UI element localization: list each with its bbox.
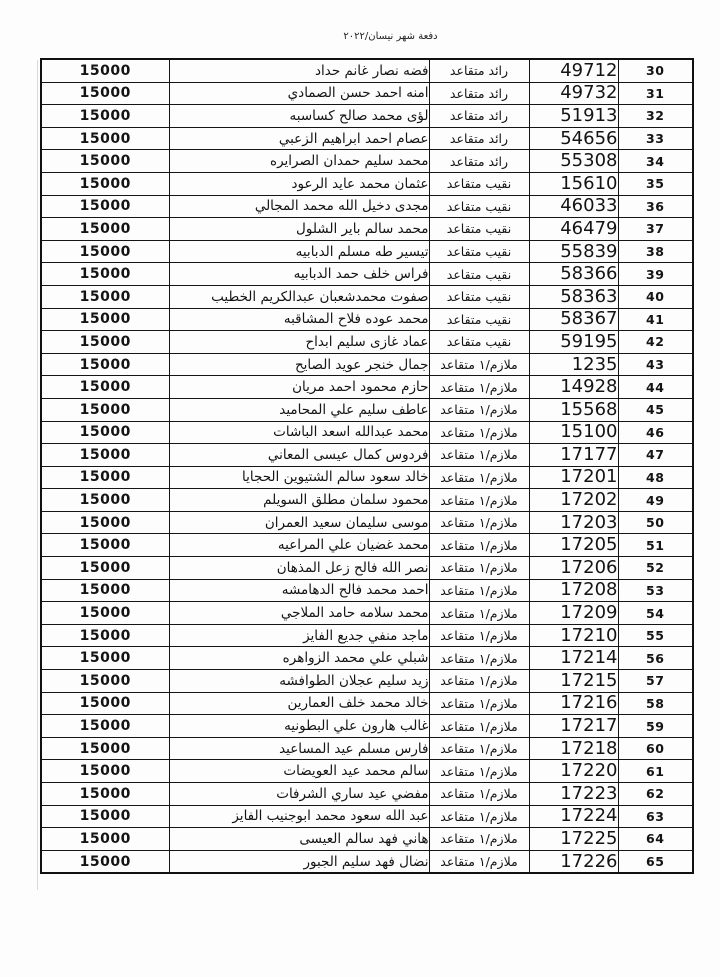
pension-number-cell: 17214 <box>529 647 618 670</box>
row-number-cell: 47 <box>618 444 693 467</box>
amount-cell: 15000 <box>41 82 169 105</box>
rank-cell: ملازم/١ متقاعد <box>429 760 529 783</box>
name-cell: هاني فهد سالم العيسى <box>169 828 429 851</box>
amount-cell: 15000 <box>41 670 169 693</box>
pension-number-cell: 15100 <box>529 421 618 444</box>
rank-cell: نقيب متقاعد <box>429 285 529 308</box>
table-body: 30 49712 رائد متقاعد فضه نصار غانم حداد … <box>41 59 693 873</box>
rank-cell: رائد متقاعد <box>429 105 529 128</box>
row-number-cell: 35 <box>618 172 693 195</box>
amount-cell: 15000 <box>41 195 169 218</box>
table-row: 30 49712 رائد متقاعد فضه نصار غانم حداد … <box>41 59 693 82</box>
rank-cell: نقيب متقاعد <box>429 195 529 218</box>
pension-number-cell: 17203 <box>529 511 618 534</box>
table-row: 36 46033 نقيب متقاعد مجدى دخيل الله محمد… <box>41 195 693 218</box>
table-row: 53 17208 ملازم/١ متقاعد احمد محمد فالح ا… <box>41 579 693 602</box>
table-row: 43 1235 ملازم/١ متقاعد جمال خنجر عويد ال… <box>41 353 693 376</box>
rank-cell: نقيب متقاعد <box>429 263 529 286</box>
pension-number-cell: 17224 <box>529 805 618 828</box>
row-number-cell: 62 <box>618 783 693 806</box>
pension-number-cell: 17210 <box>529 624 618 647</box>
pension-number-cell: 17216 <box>529 692 618 715</box>
amount-cell: 15000 <box>41 511 169 534</box>
rank-cell: ملازم/١ متقاعد <box>429 421 529 444</box>
rank-cell: ملازم/١ متقاعد <box>429 398 529 421</box>
pension-number-cell: 17215 <box>529 670 618 693</box>
amount-cell: 15000 <box>41 602 169 625</box>
rank-cell: ملازم/١ متقاعد <box>429 670 529 693</box>
name-cell: موسى سليمان سعيد العمران <box>169 511 429 534</box>
rank-cell: رائد متقاعد <box>429 82 529 105</box>
pension-number-cell: 15568 <box>529 398 618 421</box>
amount-cell: 15000 <box>41 466 169 489</box>
rank-cell: رائد متقاعد <box>429 127 529 150</box>
table-row: 38 55839 نقيب متقاعد تيسير طه مسلم الدبا… <box>41 240 693 263</box>
row-number-cell: 49 <box>618 489 693 512</box>
rank-cell: ملازم/١ متقاعد <box>429 783 529 806</box>
table-row: 61 17220 ملازم/١ متقاعد سالم محمد عيد ال… <box>41 760 693 783</box>
pension-number-cell: 15610 <box>529 172 618 195</box>
pension-number-cell: 49732 <box>529 82 618 105</box>
pension-number-cell: 17223 <box>529 783 618 806</box>
pension-number-cell: 17202 <box>529 489 618 512</box>
pension-number-cell: 17217 <box>529 715 618 738</box>
pension-number-cell: 54656 <box>529 127 618 150</box>
rank-cell: نقيب متقاعد <box>429 308 529 331</box>
amount-cell: 15000 <box>41 828 169 851</box>
row-number-cell: 60 <box>618 737 693 760</box>
pension-number-cell: 58366 <box>529 263 618 286</box>
row-number-cell: 58 <box>618 692 693 715</box>
pension-number-cell: 46479 <box>529 218 618 241</box>
amount-cell: 15000 <box>41 127 169 150</box>
table-row: 51 17205 ملازم/١ متقاعد محمد غضيان علي ا… <box>41 534 693 557</box>
name-cell: محمد عبدالله اسعد الباشات <box>169 421 429 444</box>
table-row: 63 17224 ملازم/١ متقاعد عبد الله سعود مح… <box>41 805 693 828</box>
rank-cell: ملازم/١ متقاعد <box>429 715 529 738</box>
table-row: 45 15568 ملازم/١ متقاعد عاطف سليم علي ال… <box>41 398 693 421</box>
rank-cell: ملازم/١ متقاعد <box>429 602 529 625</box>
pension-number-cell: 17220 <box>529 760 618 783</box>
table-row: 50 17203 ملازم/١ متقاعد موسى سليمان سعيد… <box>41 511 693 534</box>
name-cell: غالب هارون علي البطونيه <box>169 715 429 738</box>
pension-number-cell: 17208 <box>529 579 618 602</box>
name-cell: عصام احمد ابراهيم الزعبي <box>169 127 429 150</box>
table-row: 52 17206 ملازم/١ متقاعد نصر الله فالح زع… <box>41 557 693 580</box>
amount-cell: 15000 <box>41 534 169 557</box>
row-number-cell: 51 <box>618 534 693 557</box>
name-cell: محمد سليم حمدان الصرايره <box>169 150 429 173</box>
row-number-cell: 37 <box>618 218 693 241</box>
table-row: 37 46479 نقيب متقاعد محمد سالم باير الشل… <box>41 218 693 241</box>
rank-cell: ملازم/١ متقاعد <box>429 828 529 851</box>
table-row: 35 15610 نقيب متقاعد عثمان محمد عايد الر… <box>41 172 693 195</box>
name-cell: فضه نصار غانم حداد <box>169 59 429 82</box>
row-number-cell: 52 <box>618 557 693 580</box>
name-cell: فردوس كمال عيسى المعاني <box>169 444 429 467</box>
rank-cell: ملازم/١ متقاعد <box>429 692 529 715</box>
amount-cell: 15000 <box>41 579 169 602</box>
table-row: 57 17215 ملازم/١ متقاعد زيد سليم عجلان ا… <box>41 670 693 693</box>
table-row: 34 55308 رائد متقاعد محمد سليم حمدان الص… <box>41 150 693 173</box>
pension-number-cell: 17206 <box>529 557 618 580</box>
rank-cell: نقيب متقاعد <box>429 218 529 241</box>
amount-cell: 15000 <box>41 398 169 421</box>
amount-cell: 15000 <box>41 240 169 263</box>
name-cell: نضال فهد سليم الجبور <box>169 850 429 873</box>
amount-cell: 15000 <box>41 557 169 580</box>
name-cell: خالد محمد خلف العمارين <box>169 692 429 715</box>
name-cell: فراس خلف حمد الدبابيه <box>169 263 429 286</box>
amount-cell: 15000 <box>41 647 169 670</box>
row-number-cell: 65 <box>618 850 693 873</box>
rank-cell: ملازم/١ متقاعد <box>429 850 529 873</box>
table-row: 42 59195 نقيب متقاعد عماد غازى سليم ابدا… <box>41 331 693 354</box>
amount-cell: 15000 <box>41 760 169 783</box>
name-cell: حازم محمود احمد مريان <box>169 376 429 399</box>
table-row: 59 17217 ملازم/١ متقاعد غالب هارون علي ا… <box>41 715 693 738</box>
pension-number-cell: 55308 <box>529 150 618 173</box>
row-number-cell: 38 <box>618 240 693 263</box>
row-number-cell: 36 <box>618 195 693 218</box>
table-row: 56 17214 ملازم/١ متقاعد شبلي علي محمد ال… <box>41 647 693 670</box>
rank-cell: ملازم/١ متقاعد <box>429 534 529 557</box>
name-cell: عبد الله سعود محمد ابوجنيب الفايز <box>169 805 429 828</box>
table-row: 40 58363 نقيب متقاعد صفوت محمدشعبان عبدا… <box>41 285 693 308</box>
amount-cell: 15000 <box>41 805 169 828</box>
row-number-cell: 42 <box>618 331 693 354</box>
row-number-cell: 64 <box>618 828 693 851</box>
rank-cell: ملازم/١ متقاعد <box>429 511 529 534</box>
name-cell: زيد سليم عجلان الطوافشه <box>169 670 429 693</box>
table-row: 46 15100 ملازم/١ متقاعد محمد عبدالله اسع… <box>41 421 693 444</box>
name-cell: سالم محمد عيد العويضات <box>169 760 429 783</box>
rank-cell: ملازم/١ متقاعد <box>429 647 529 670</box>
table-row: 44 14928 ملازم/١ متقاعد حازم محمود احمد … <box>41 376 693 399</box>
pension-number-cell: 17205 <box>529 534 618 557</box>
table-row: 49 17202 ملازم/١ متقاعد محمود سلمان مطلق… <box>41 489 693 512</box>
table-row: 41 58367 نقيب متقاعد محمد عوده فلاح المش… <box>41 308 693 331</box>
pension-number-cell: 58363 <box>529 285 618 308</box>
table-row: 62 17223 ملازم/١ متقاعد مفضي عيد ساري ال… <box>41 783 693 806</box>
row-number-cell: 40 <box>618 285 693 308</box>
table-row: 48 17201 ملازم/١ متقاعد خالد سعود سالم ا… <box>41 466 693 489</box>
rank-cell: ملازم/١ متقاعد <box>429 737 529 760</box>
rank-cell: ملازم/١ متقاعد <box>429 353 529 376</box>
pension-roster-table: 30 49712 رائد متقاعد فضه نصار غانم حداد … <box>40 58 694 874</box>
row-number-cell: 39 <box>618 263 693 286</box>
rank-cell: نقيب متقاعد <box>429 331 529 354</box>
row-number-cell: 56 <box>618 647 693 670</box>
amount-cell: 15000 <box>41 353 169 376</box>
amount-cell: 15000 <box>41 105 169 128</box>
pension-number-cell: 14928 <box>529 376 618 399</box>
row-number-cell: 33 <box>618 127 693 150</box>
name-cell: فارس مسلم عيد المساعيد <box>169 737 429 760</box>
name-cell: صفوت محمدشعبان عبدالكريم الخطيب <box>169 285 429 308</box>
name-cell: نصر الله فالح زعل المذهان <box>169 557 429 580</box>
name-cell: عماد غازى سليم ابداح <box>169 331 429 354</box>
amount-cell: 15000 <box>41 715 169 738</box>
name-cell: محمد عوده فلاح المشاقبه <box>169 308 429 331</box>
name-cell: ماجد منفي جديع الفايز <box>169 624 429 647</box>
amount-cell: 15000 <box>41 285 169 308</box>
pension-number-cell: 17177 <box>529 444 618 467</box>
amount-cell: 15000 <box>41 850 169 873</box>
name-cell: محمود سلمان مطلق السويلم <box>169 489 429 512</box>
rank-cell: ملازم/١ متقاعد <box>429 624 529 647</box>
rank-cell: ملازم/١ متقاعد <box>429 376 529 399</box>
pension-number-cell: 49712 <box>529 59 618 82</box>
pension-number-cell: 46033 <box>529 195 618 218</box>
pension-number-cell: 17209 <box>529 602 618 625</box>
row-number-cell: 57 <box>618 670 693 693</box>
row-number-cell: 63 <box>618 805 693 828</box>
rank-cell: ملازم/١ متقاعد <box>429 557 529 580</box>
pension-number-cell: 17201 <box>529 466 618 489</box>
table-row: 31 49732 رائد متقاعد امنه احمد حسن الصما… <box>41 82 693 105</box>
amount-cell: 15000 <box>41 150 169 173</box>
table-row: 47 17177 ملازم/١ متقاعد فردوس كمال عيسى … <box>41 444 693 467</box>
row-number-cell: 53 <box>618 579 693 602</box>
rank-cell: نقيب متقاعد <box>429 240 529 263</box>
row-number-cell: 46 <box>618 421 693 444</box>
amount-cell: 15000 <box>41 783 169 806</box>
table-row: 39 58366 نقيب متقاعد فراس خلف حمد الدباب… <box>41 263 693 286</box>
table-row: 33 54656 رائد متقاعد عصام احمد ابراهيم ا… <box>41 127 693 150</box>
amount-cell: 15000 <box>41 59 169 82</box>
rank-cell: ملازم/١ متقاعد <box>429 579 529 602</box>
pension-number-cell: 58367 <box>529 308 618 331</box>
rank-cell: ملازم/١ متقاعد <box>429 444 529 467</box>
name-cell: عاطف سليم علي المحاميد <box>169 398 429 421</box>
name-cell: محمد سالم باير الشلول <box>169 218 429 241</box>
row-number-cell: 48 <box>618 466 693 489</box>
scan-artifact-line <box>37 60 38 890</box>
name-cell: امنه احمد حسن الصمادي <box>169 82 429 105</box>
amount-cell: 15000 <box>41 421 169 444</box>
table-row: 58 17216 ملازم/١ متقاعد خالد محمد خلف ال… <box>41 692 693 715</box>
row-number-cell: 45 <box>618 398 693 421</box>
name-cell: مفضي عيد ساري الشرفات <box>169 783 429 806</box>
row-number-cell: 41 <box>618 308 693 331</box>
table-row: 65 17226 ملازم/١ متقاعد نضال فهد سليم ال… <box>41 850 693 873</box>
name-cell: لؤى محمد صالح كساسبه <box>169 105 429 128</box>
amount-cell: 15000 <box>41 263 169 286</box>
amount-cell: 15000 <box>41 489 169 512</box>
pension-number-cell: 59195 <box>529 331 618 354</box>
table-row: 54 17209 ملازم/١ متقاعد محمد سلامه حامد … <box>41 602 693 625</box>
pension-number-cell: 17225 <box>529 828 618 851</box>
pension-number-cell: 1235 <box>529 353 618 376</box>
amount-cell: 15000 <box>41 692 169 715</box>
row-number-cell: 61 <box>618 760 693 783</box>
name-cell: مجدى دخيل الله محمد المجالي <box>169 195 429 218</box>
scanned-document-page: دفعة شهر نيسان/٢٠٢٢ 30 49712 رائد متقاعد… <box>0 0 720 977</box>
amount-cell: 15000 <box>41 308 169 331</box>
rank-cell: رائد متقاعد <box>429 150 529 173</box>
name-cell: محمد غضيان علي المراعيه <box>169 534 429 557</box>
name-cell: جمال خنجر عويد الصايح <box>169 353 429 376</box>
row-number-cell: 31 <box>618 82 693 105</box>
table-row: 32 51913 رائد متقاعد لؤى محمد صالح كساسب… <box>41 105 693 128</box>
name-cell: عثمان محمد عايد الرعود <box>169 172 429 195</box>
name-cell: شبلي علي محمد الزواهره <box>169 647 429 670</box>
amount-cell: 15000 <box>41 218 169 241</box>
rank-cell: ملازم/١ متقاعد <box>429 805 529 828</box>
document-title: دفعة شهر نيسان/٢٠٢٢ <box>343 30 438 44</box>
name-cell: احمد محمد فالح الدهامشه <box>169 579 429 602</box>
rank-cell: ملازم/١ متقاعد <box>429 466 529 489</box>
pension-number-cell: 55839 <box>529 240 618 263</box>
pension-number-cell: 17218 <box>529 737 618 760</box>
amount-cell: 15000 <box>41 172 169 195</box>
row-number-cell: 44 <box>618 376 693 399</box>
rank-cell: رائد متقاعد <box>429 59 529 82</box>
amount-cell: 15000 <box>41 624 169 647</box>
row-number-cell: 32 <box>618 105 693 128</box>
row-number-cell: 55 <box>618 624 693 647</box>
name-cell: خالد سعود سالم الشتيوين الحجايا <box>169 466 429 489</box>
amount-cell: 15000 <box>41 331 169 354</box>
row-number-cell: 43 <box>618 353 693 376</box>
table-row: 64 17225 ملازم/١ متقاعد هاني فهد سالم ال… <box>41 828 693 851</box>
row-number-cell: 34 <box>618 150 693 173</box>
name-cell: تيسير طه مسلم الدبابيه <box>169 240 429 263</box>
row-number-cell: 50 <box>618 511 693 534</box>
row-number-cell: 30 <box>618 59 693 82</box>
table-row: 60 17218 ملازم/١ متقاعد فارس مسلم عيد ال… <box>41 737 693 760</box>
amount-cell: 15000 <box>41 376 169 399</box>
rank-cell: نقيب متقاعد <box>429 172 529 195</box>
table-row: 55 17210 ملازم/١ متقاعد ماجد منفي جديع ا… <box>41 624 693 647</box>
amount-cell: 15000 <box>41 444 169 467</box>
row-number-cell: 54 <box>618 602 693 625</box>
pension-number-cell: 51913 <box>529 105 618 128</box>
pension-number-cell: 17226 <box>529 850 618 873</box>
amount-cell: 15000 <box>41 737 169 760</box>
rank-cell: ملازم/١ متقاعد <box>429 489 529 512</box>
name-cell: محمد سلامه حامد الملاجي <box>169 602 429 625</box>
row-number-cell: 59 <box>618 715 693 738</box>
